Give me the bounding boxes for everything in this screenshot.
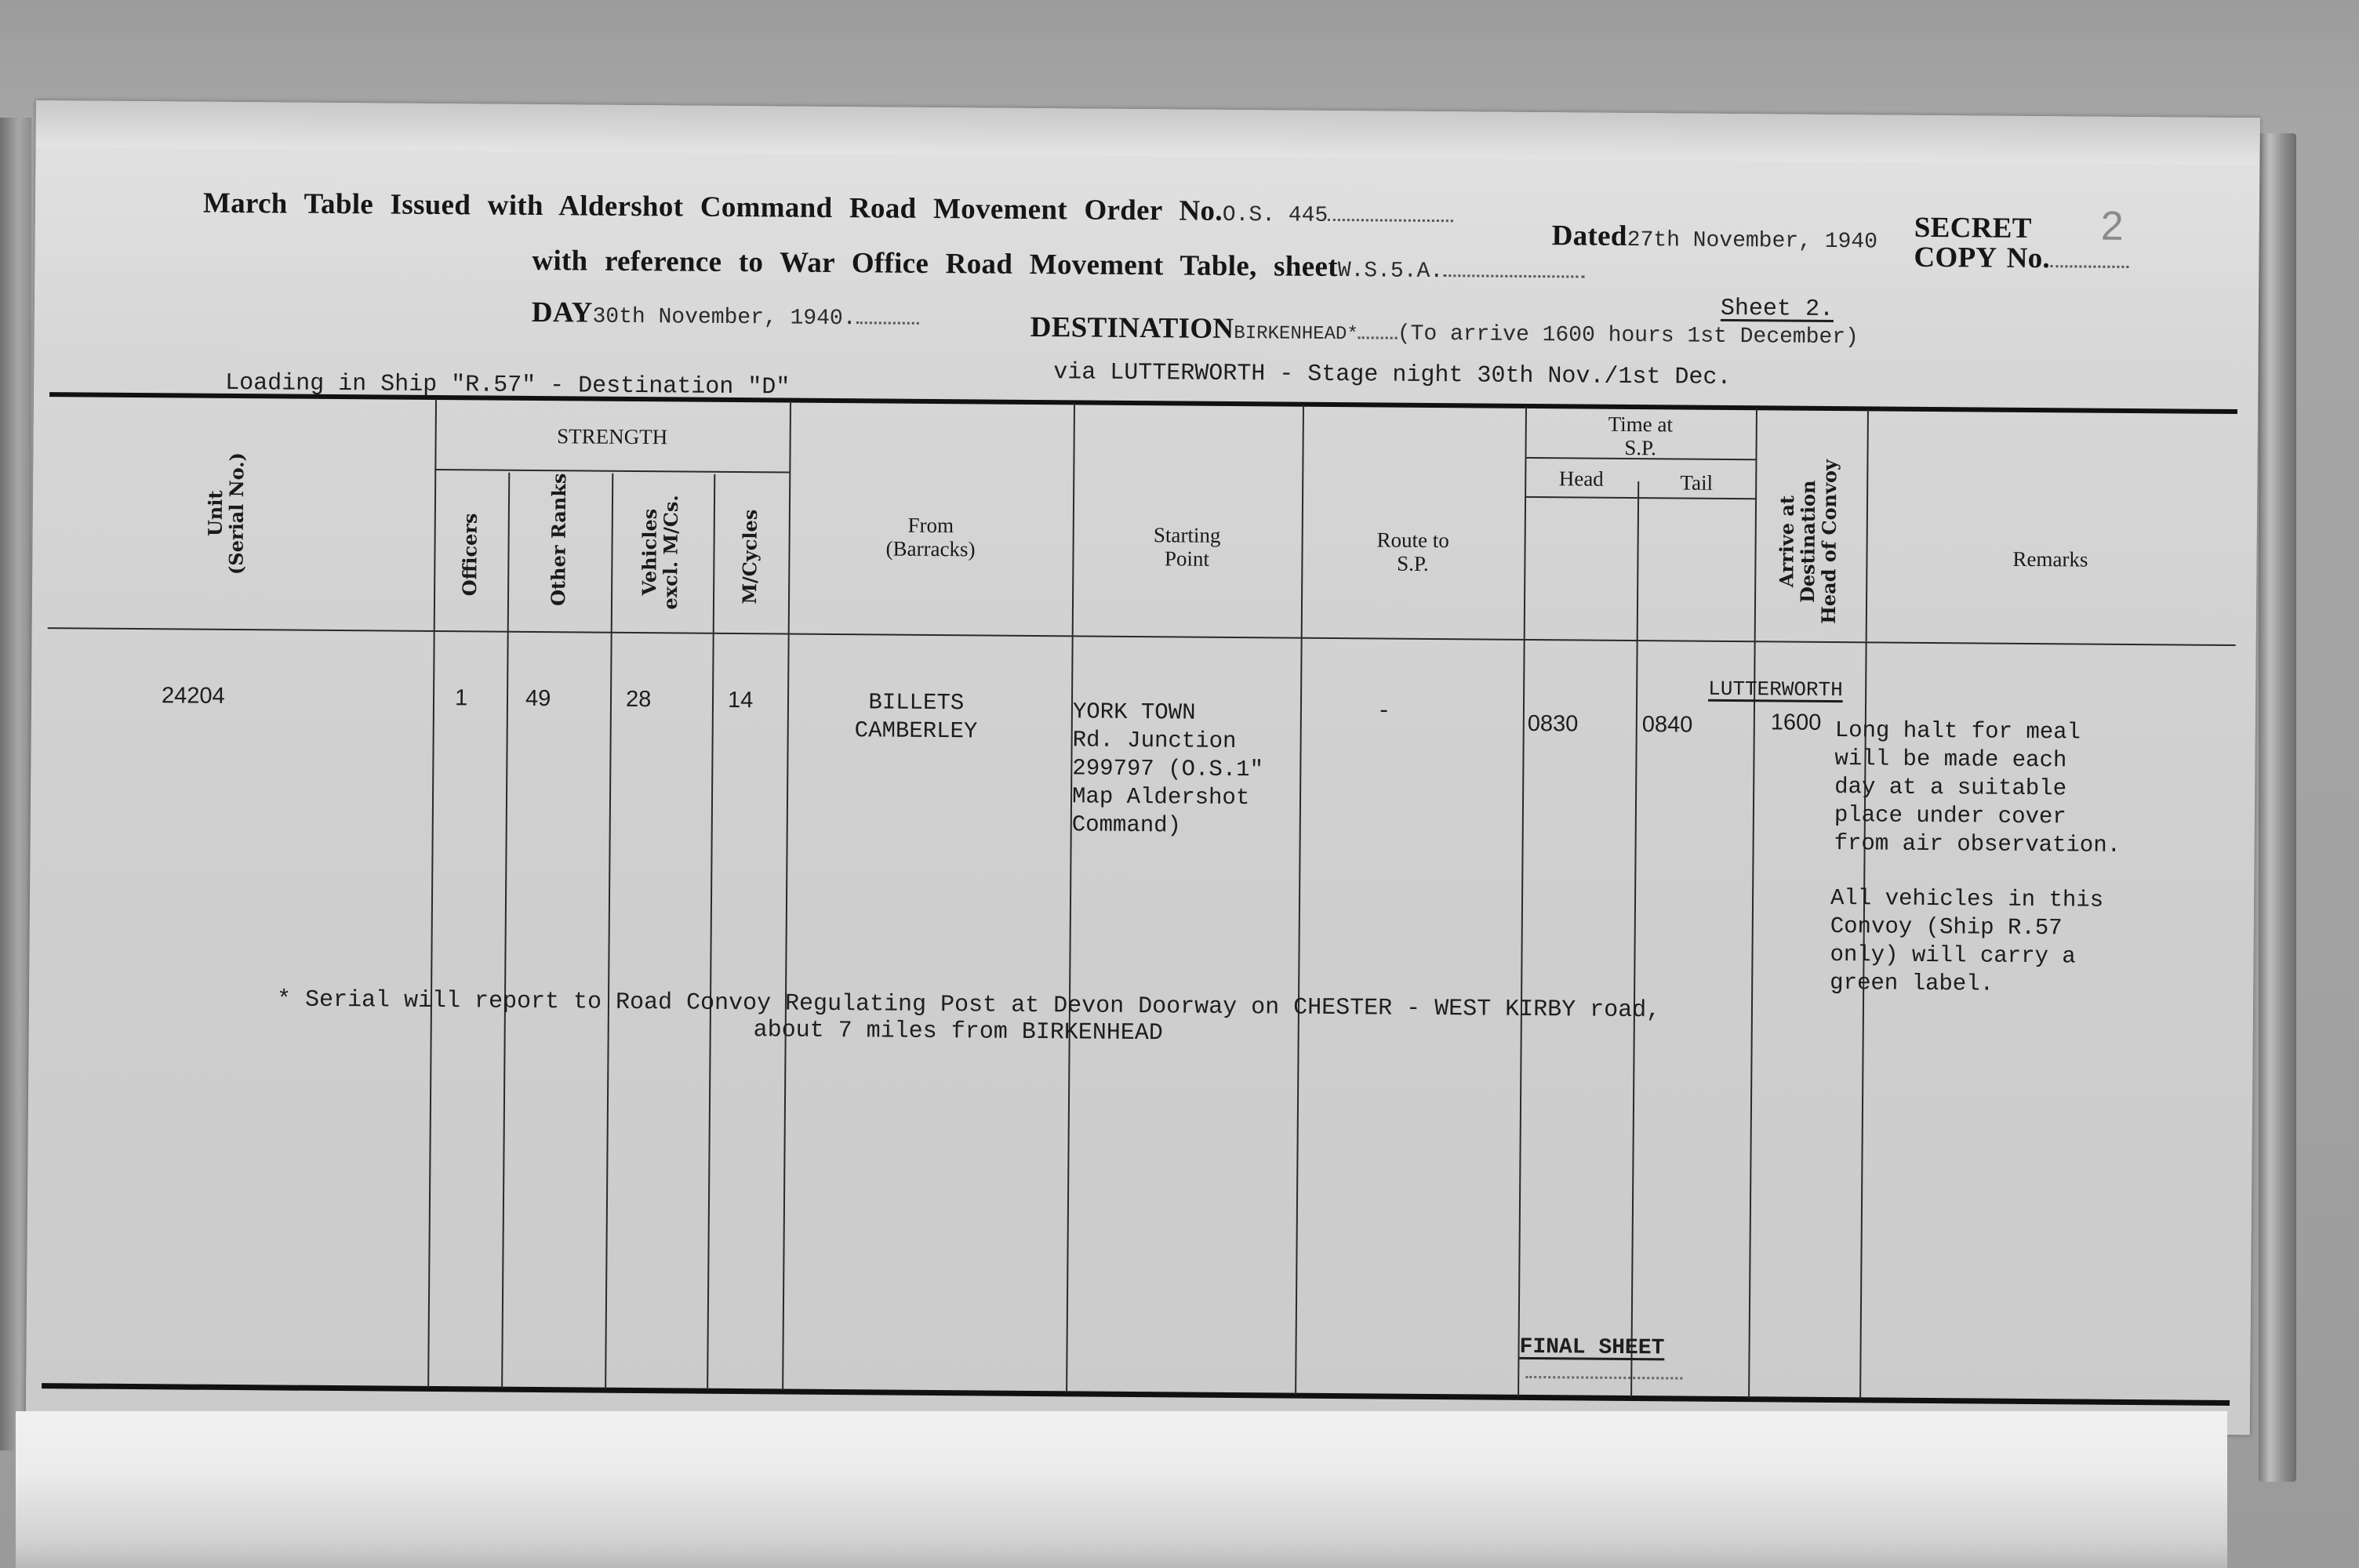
strength-group-rule	[434, 469, 789, 474]
col-header-tail: Tail	[1637, 470, 1755, 495]
col-header-mcycles: M/Cycles	[739, 494, 763, 619]
heading-line-1: March Table Issued with Aldershot Comman…	[203, 187, 1454, 230]
sheet-reference: W.S.5.A.	[1338, 259, 1444, 284]
col-divider	[427, 398, 437, 1388]
arrival-note: (To arrive 1600 hours 1st December)	[1398, 322, 1859, 350]
col-header-from: From (Barracks)	[788, 513, 1072, 562]
dotted-leader	[2050, 265, 2128, 268]
destination-label: DESTINATION	[1030, 311, 1234, 345]
destination-field: DESTINATIONBIRKENHEAD*(To arrive 1600 ho…	[1030, 310, 1859, 350]
cell-from-barracks: BILLETS CAMBERLEY	[855, 688, 978, 746]
col-header-starting-point: Starting Point	[1072, 522, 1301, 571]
col-header-vehicles: Vehicles excl. M/Cs.	[638, 474, 687, 630]
copy-number-field: COPY No.	[1914, 241, 2128, 276]
cell-officers: 1	[455, 685, 467, 711]
final-sheet-stamp: FINAL SHEET	[1519, 1335, 1664, 1360]
day-label: DAY	[532, 296, 593, 329]
cell-time-head: 0830	[1528, 711, 1579, 738]
cell-starting-point: YORK TOWN Rd. Junction 299797 (O.S.1" Ma…	[1072, 698, 1264, 840]
order-number: O.S. 445	[1223, 203, 1329, 228]
col-group-strength: STRENGTH	[435, 423, 790, 450]
copy-label: COPY No.	[1914, 241, 2050, 274]
document-page: March Table Issued with Aldershot Comman…	[26, 100, 2260, 1435]
footnote-line-2: about 7 miles from BIRKENHEAD	[754, 1017, 1163, 1047]
cell-remarks-vehicles: All vehicles in this Convoy (Ship R.57 o…	[1830, 884, 2103, 1000]
cell-time-tail: 0840	[1642, 712, 1693, 739]
cell-arrive-place: LUTTERWORTH	[1708, 675, 1843, 704]
col-divider	[1748, 408, 1757, 1398]
header-bottom-rule	[48, 627, 2236, 646]
dotted-leader	[856, 321, 919, 325]
col-header-head: Head	[1525, 466, 1637, 491]
col-divider	[1630, 481, 1639, 1397]
heading-reference: with reference to War Office Road Moveme…	[532, 245, 1338, 283]
cell-unit-serial: 24204	[162, 683, 225, 710]
dotted-leader	[1443, 274, 1584, 278]
cell-other-ranks: 49	[525, 686, 551, 712]
table-bottom-rule	[42, 1383, 2230, 1406]
dated-label: Dated	[1552, 220, 1627, 252]
day-field: DAY30th November, 1940.	[532, 296, 919, 332]
heading-prefix: March Table Issued with Aldershot Comman…	[203, 187, 1223, 227]
col-group-time-at-sp: Time at S.P.	[1525, 412, 1755, 460]
col-header-unit: Unit (Serial No.)	[204, 435, 260, 593]
dated-value: 27th November, 1940	[1627, 228, 1877, 255]
dotted-leader	[1525, 1376, 1682, 1380]
underlying-page	[16, 1411, 2227, 1568]
day-value: 30th November, 1940.	[592, 305, 856, 332]
dated-field: Dated27th November, 1940	[1552, 219, 1878, 255]
col-header-unit-label: Unit (Serial No.)	[204, 452, 249, 575]
cell-route: -	[1377, 697, 1391, 725]
dotted-leader	[1328, 219, 1453, 222]
cell-arrive-time: 1600	[1771, 710, 1822, 736]
cell-remarks-meal: Long halt for meal will be made each day…	[1834, 717, 2121, 860]
col-divider	[501, 473, 510, 1388]
table-top-rule	[49, 392, 2237, 414]
col-header-officers: Officers	[459, 492, 483, 617]
pencil-copy-number: 2	[2101, 203, 2124, 250]
heading-line-2: with reference to War Office Road Moveme…	[532, 244, 1584, 286]
col-header-remarks: Remarks	[1866, 546, 2234, 572]
col-header-arrive: Arrive at Destination Head of Convoy	[1776, 447, 1848, 636]
col-header-other-ranks: Other Ranks	[547, 461, 572, 618]
col-divider	[605, 474, 613, 1389]
binder-spine-right	[2259, 133, 2296, 1482]
head-tail-rule	[1525, 496, 1755, 499]
cell-vehicles: 28	[626, 687, 652, 713]
destination-value: BIRKENHEAD*	[1234, 323, 1358, 345]
col-header-route: Route to S.P.	[1301, 528, 1524, 576]
via-stage-line: via LUTTERWORTH - Stage night 30th Nov./…	[1053, 359, 1731, 391]
cell-mcycles: 14	[728, 688, 754, 713]
col-divider	[707, 474, 715, 1390]
dotted-leader	[1358, 336, 1398, 339]
